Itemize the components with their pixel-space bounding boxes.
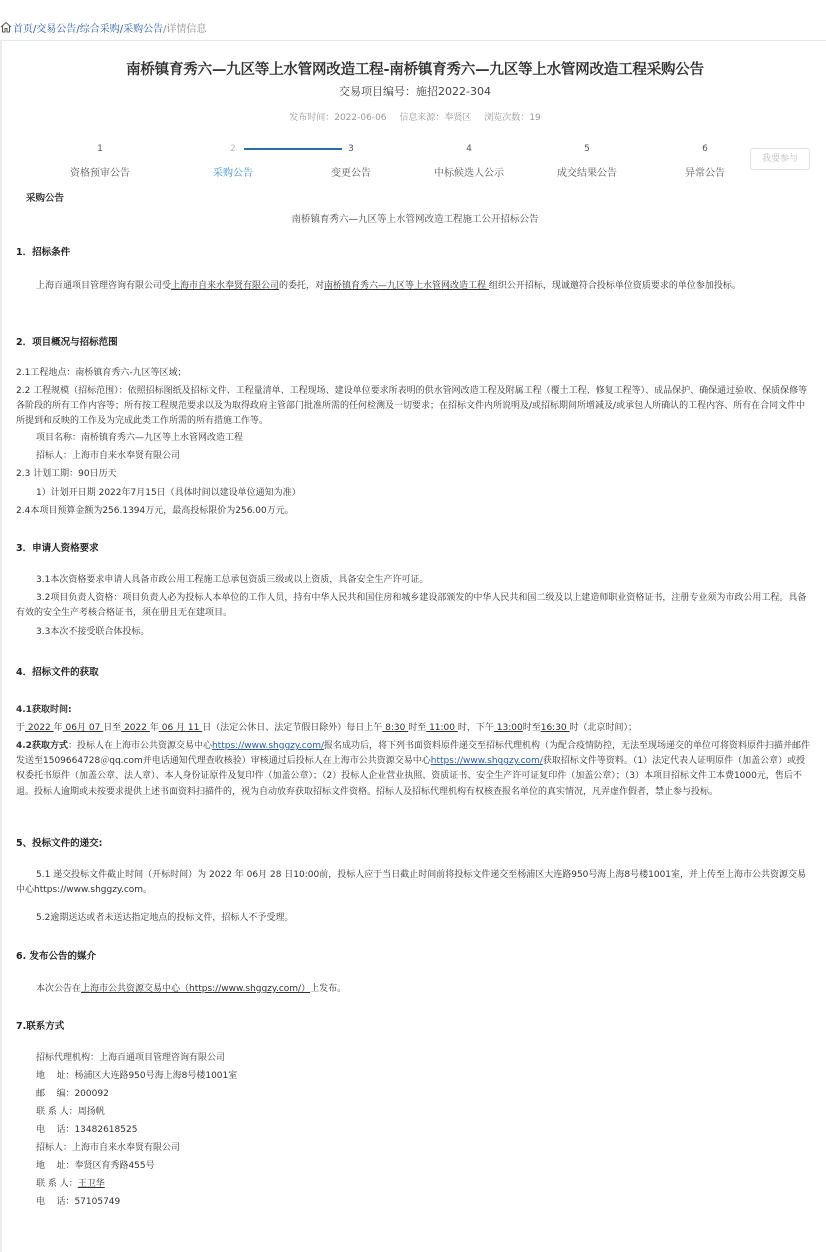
step-result[interactable]: 5 成交结果公告 <box>527 142 647 179</box>
contact-tenderer: 招标人：上海市自来水奉贤有限公司 <box>16 1141 814 1156</box>
contact-phone-1: 电 话：13482618525 <box>16 1123 814 1138</box>
step-label: 变更公告 <box>291 164 411 179</box>
contact-agency-address: 地 址：杨浦区大连路950号海上海8号楼1001室 <box>16 1069 814 1084</box>
step-label: 资格预审公告 <box>40 164 160 179</box>
section-4-heading: 4．招标文件的获取 <box>16 664 99 678</box>
meta-info: 发布时间：2022-06-06 信息来源：奉贤区 浏览次数：19 <box>2 110 826 123</box>
text: 13:00 <box>494 723 523 733</box>
section-3-heading: 3．申请人资格要求 <box>16 540 99 554</box>
step-indicator: 1 资格预审公告 2 采购公告 3 变更公告 4 中标候选人公示 5 成交结果公… <box>2 142 826 182</box>
step-abnormal[interactable]: 6 异常公告 <box>645 142 765 179</box>
text: 2022 <box>25 723 54 733</box>
step-label: 中标候选人公示 <box>409 164 529 179</box>
section-2-3: 2.3 计划工期：90日历天 <box>16 467 814 482</box>
breadcrumb-current: /详情信息 <box>163 20 206 35</box>
section-2-heading: 2．项目概况与招标范围 <box>16 334 118 348</box>
join-button[interactable]: 我要参与 <box>750 148 810 170</box>
step-number: 6 <box>645 142 765 156</box>
text: 11 <box>188 723 202 733</box>
contact-tenderer-address: 地 址：奉贤区育秀路455号 <box>16 1159 814 1174</box>
section-3-1: 3.1本次资格要求申请人具备市政公用工程施工总承包资质三级或以上资质，具备安全生… <box>16 573 814 588</box>
section-7-heading: 7.联系方式 <box>16 1018 64 1032</box>
contact-person-2: 联 系 人：王卫华 <box>16 1177 814 1192</box>
step-number: 4 <box>409 142 529 156</box>
section-5-1: 5.1 递交投标文件截止时间（开标时间）为 2022 年 06月 28 日10:… <box>16 868 814 898</box>
section-5-heading: 5、投标文件的递交: <box>16 835 102 849</box>
section-3-2: 3.2项目负责人资格：项目负责人必为投标人本单位的工作人员，持有中华人民共和国住… <box>16 591 814 621</box>
detail-page: 南桥镇育秀六—九区等上水管网改造工程-南桥镇育秀六—九区等上水管网改造工程采购公… <box>0 40 826 1252</box>
text: 06 月 <box>159 723 188 733</box>
text: 8:30 <box>382 723 408 733</box>
breadcrumb-procurement-notice[interactable]: /采购公告 <box>120 20 163 35</box>
section-1-heading: 1．招标条件 <box>16 244 70 258</box>
shggzy-link[interactable]: https://www.shggzy.com/ <box>431 756 543 766</box>
step-number: 5 <box>527 142 647 156</box>
section-2-2: 2.2 工程规模（招标范围）：依照招标图纸及招标文件、工程量清单、工程现场、建设… <box>16 384 814 430</box>
section-6-text: 本次公告在上海市公共资源交易中心（https://www.shggzy.com/… <box>16 982 814 997</box>
section-3-3: 3.3本次不接受联合体投标。 <box>16 625 814 640</box>
breadcrumb-home[interactable]: 首页/ <box>13 20 36 35</box>
section-5-2: 5.2逾期送达或者未送达指定地点的投标文件，招标人不予受理。 <box>16 911 814 926</box>
text: 本次公告在 <box>36 984 81 994</box>
page-title: 南桥镇育秀六—九区等上水管网改造工程-南桥镇育秀六—九区等上水管网改造工程采购公… <box>2 58 826 79</box>
text: 时（北京时间）； <box>570 723 638 733</box>
step-label: 采购公告 <box>173 164 293 179</box>
step-change[interactable]: 3 变更公告 <box>291 142 411 179</box>
text: 于 <box>16 723 25 733</box>
home-icon[interactable] <box>0 21 12 33</box>
text: 年 <box>150 723 159 733</box>
step-number: 3 <box>291 142 411 156</box>
section-label: 采购公告 <box>26 190 64 204</box>
acquisition-time: 于 2022 年 06月 07 日至 2022 年 06 月 11 日（法定公休… <box>16 721 814 736</box>
breadcrumb: 首页/ 交易公告 /综合采购 /采购公告 /详情信息 <box>0 19 207 35</box>
project-name-link: 南桥镇育秀六—九区等上水管网改造工程 <box>324 281 489 291</box>
contact-agency: 招标代理机构：上海百通项目管理咨询有限公司 <box>16 1051 814 1066</box>
text: 组织公开招标，现诚邀符合投标单位资质要求的单位参加投标。 <box>489 281 741 291</box>
project-number: 交易项目编号：施招2022-304 <box>2 83 826 99</box>
breadcrumb-comprehensive-procurement[interactable]: /综合采购 <box>76 20 119 35</box>
contact-postcode: 邮 编：200092 <box>16 1087 814 1102</box>
step-procurement[interactable]: 2 采购公告 <box>173 142 293 179</box>
document-subtitle: 南桥镇育秀六—九区等上水管网改造工程施工公开招标公告 <box>2 211 826 225</box>
publish-time: 发布时间：2022-06-06 <box>289 113 386 123</box>
section-2-1: 2.1工程地点：南桥镇育秀六-九区等区域； <box>16 366 814 381</box>
step-number: 1 <box>40 142 160 156</box>
text: 联 系 人： <box>36 1179 78 1189</box>
text: 时，下午 <box>458 723 494 733</box>
text: 16:30 <box>541 723 570 733</box>
section-1-text: 上海百通项目管理咨询有限公司受上海市自来水奉贤有限公司的委托，对南桥镇育秀六—九… <box>16 279 814 294</box>
section-6-heading: 6. 发布公告的媒介 <box>16 948 96 962</box>
info-source: 信息来源：奉贤区 <box>399 113 471 123</box>
text: 的委托，对 <box>279 281 324 291</box>
project-name: 项目名称：南桥镇育秀六—九区等上水管网改造工程 <box>16 431 814 446</box>
planned-start: 1）计划开日期 2022年7月15日（具体时间以建设单位通知为准） <box>16 486 814 501</box>
text: 时至 <box>408 723 426 733</box>
acquisition-method: 4.2获取方式：投标人在上海市公共资源交易中心https://www.shggz… <box>16 739 814 800</box>
contact-name: 王卫华 <box>78 1179 105 1189</box>
step-candidate[interactable]: 4 中标候选人公示 <box>409 142 529 179</box>
view-count: 浏览次数：19 <box>484 113 540 123</box>
text: 日（法定公休日、法定节假日除外）每日上午 <box>202 723 382 733</box>
media-link[interactable]: 上海市公共资源交易中心（https://www.shggzy.com/） <box>81 984 310 994</box>
contact-person-1: 联 系 人：周扬帆 <box>16 1105 814 1120</box>
text: 年 <box>54 723 63 733</box>
shggzy-link[interactable]: https://www.shggzy.com/ <box>212 741 324 751</box>
text: 06月 <box>63 723 89 733</box>
acquisition-method-label: 4.2获取方式 <box>16 741 68 751</box>
breadcrumb-trade-notice[interactable]: 交易公告 <box>36 20 76 35</box>
acquisition-time-label: 4.1获取时间: <box>16 703 814 718</box>
tenderer: 招标人：上海市自来水奉贤有限公司 <box>16 449 814 464</box>
step-prequalification[interactable]: 1 资格预审公告 <box>40 142 160 179</box>
text: 上发布。 <box>310 984 346 994</box>
section-2-4: 2.4本项目预算金额为256.1394万元，最高投标限价为256.00万元。 <box>16 504 814 519</box>
contact-phone-2: 电 话：57105749 <box>16 1195 814 1210</box>
tenderer-link: 上海市自来水奉贤有限公司 <box>171 281 279 291</box>
text: 时至 <box>523 723 541 733</box>
step-number: 2 <box>173 142 293 156</box>
text: 11:00 <box>426 723 458 733</box>
text: 日至 <box>103 723 121 733</box>
text: 07 <box>89 723 103 733</box>
text: ：投标人在上海市公共资源交易中心 <box>68 741 212 751</box>
text: 上海百通项目管理咨询有限公司受 <box>36 281 171 291</box>
step-label: 异常公告 <box>645 164 765 179</box>
text: 2022 <box>121 723 150 733</box>
step-label: 成交结果公告 <box>527 164 647 179</box>
